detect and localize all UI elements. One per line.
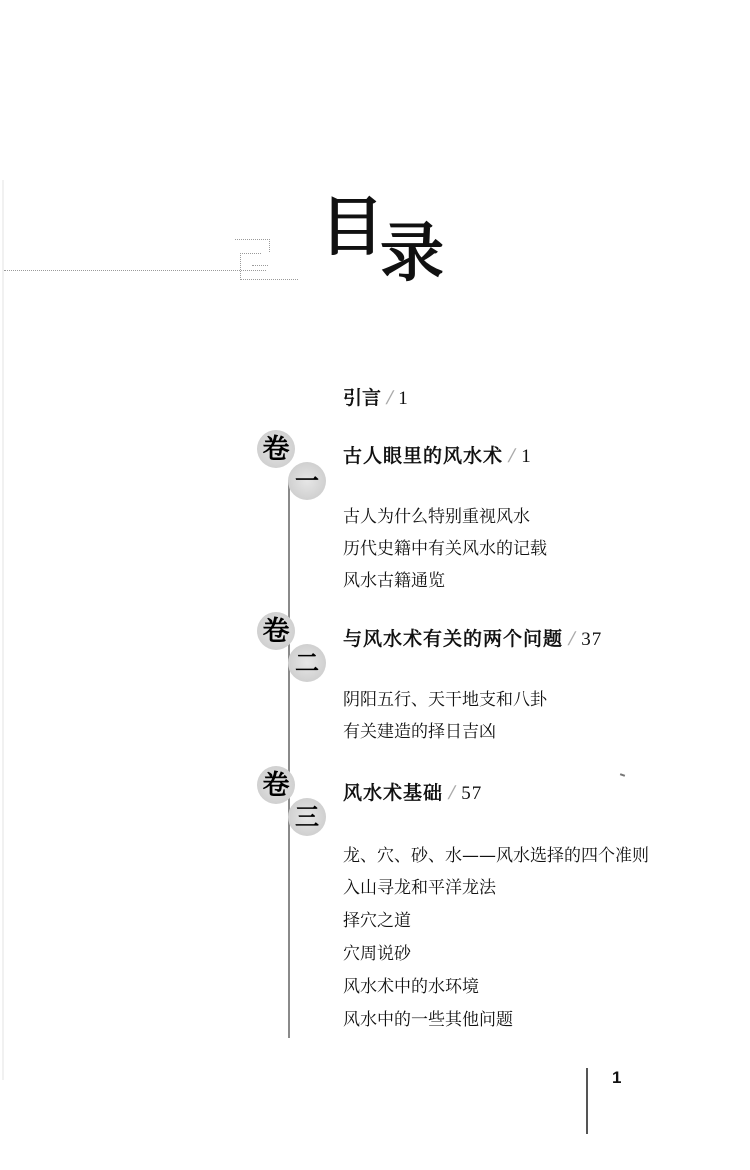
chapter-title: 风水术基础: [343, 782, 443, 804]
toc-entry-intro[interactable]: 引言/1: [343, 389, 408, 408]
volume-badge: 卷: [257, 612, 295, 650]
chapter-title: 古人眼里的风水术: [343, 445, 503, 467]
intro-label: 引言: [343, 387, 381, 409]
title-fret-ornament: [240, 279, 298, 280]
toc-item[interactable]: 古人为什么特别重视风水: [343, 509, 530, 526]
page-edge-shadow: [2, 180, 4, 1080]
timeline-line: [288, 480, 290, 1038]
toc-item[interactable]: 历代史籍中有关风水的记载: [343, 541, 547, 558]
page-title-char-2: 录: [380, 222, 444, 286]
toc-item[interactable]: 穴周说砂: [343, 946, 411, 963]
footer-rule: [586, 1068, 588, 1134]
toc-item[interactable]: 风水术中的水环境: [343, 979, 479, 996]
toc-chapter-1[interactable]: 古人眼里的风水术/1: [343, 447, 532, 466]
separator: /: [446, 784, 457, 803]
separator: /: [566, 630, 577, 649]
page-number: 1: [612, 1069, 621, 1086]
toc-item[interactable]: 阴阳五行、天干地支和八卦: [343, 692, 547, 709]
toc-item[interactable]: 风水中的一些其他问题: [343, 1012, 513, 1029]
volume-badge: 卷: [257, 430, 295, 468]
toc-item[interactable]: 择穴之道: [343, 913, 411, 930]
page-ref: 37: [581, 629, 602, 650]
chapter-title: 与风水术有关的两个问题: [343, 628, 563, 650]
volume-number-badge: 二: [288, 644, 326, 682]
toc-item[interactable]: 有关建造的择日吉凶: [343, 724, 496, 741]
volume-number-badge: 一: [288, 462, 326, 500]
title-dotted-rule: [4, 270, 266, 271]
title-fret-ornament: [240, 253, 261, 280]
title-fret-ornament: [235, 239, 270, 252]
separator: /: [384, 389, 394, 408]
toc-item[interactable]: 风水古籍通览: [343, 573, 445, 590]
separator: /: [506, 447, 517, 466]
toc-item[interactable]: 龙、穴、砂、水——风水选择的四个准则: [343, 848, 649, 865]
toc-item[interactable]: 入山寻龙和平洋龙法: [343, 880, 496, 897]
volume-badge: 卷: [257, 766, 295, 804]
toc-chapter-2[interactable]: 与风水术有关的两个问题/37: [343, 630, 602, 649]
volume-number-badge: 三: [288, 798, 326, 836]
page-ref: 57: [461, 783, 482, 804]
title-fret-ornament: [252, 265, 268, 266]
page-ref: 1: [521, 446, 532, 467]
toc-chapter-3[interactable]: 风水术基础/57: [343, 784, 482, 803]
page-title-char-1: 目: [320, 196, 384, 260]
page-ref: 1: [398, 388, 408, 409]
scan-speck: [620, 773, 625, 777]
